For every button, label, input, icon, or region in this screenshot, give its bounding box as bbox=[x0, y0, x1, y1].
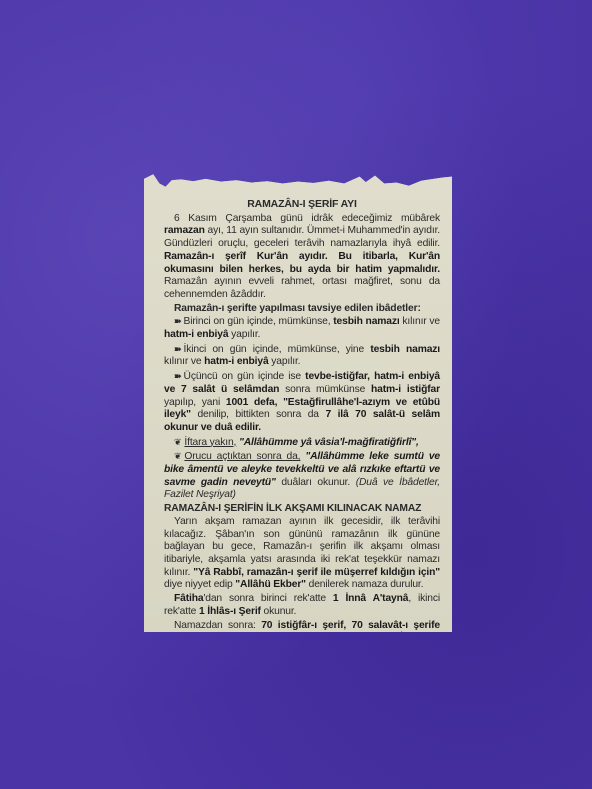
text-span: 6 Kasım Çarşamba günü idrâk edeceğimiz m… bbox=[174, 213, 440, 224]
text-span: kılınır ve bbox=[400, 316, 440, 327]
bold-span: "Yâ Rabbî, ramazân-ı şerif ile müşerref … bbox=[193, 567, 440, 578]
prayer-label: Orucu açtıktan sonra da, bbox=[184, 451, 300, 462]
prayer-after-iftar: ❦Orucu açtıktan sonra da, "Allâhümme lek… bbox=[164, 450, 440, 502]
text-span: Üçüncü on gün içinde ise bbox=[184, 371, 306, 382]
clipping-text: RAMAZÂN-I ŞERİF AYI 6 Kasım Çarşamba gün… bbox=[164, 198, 440, 659]
bullet-item: ➽İkinci on gün içinde, mümkünse, yine te… bbox=[164, 343, 440, 369]
prayer-text: "Allâhümme yâ vâsia'l-mağfiratiğfirlî", bbox=[239, 437, 419, 448]
bold-span: hatm-i istiğfar bbox=[371, 384, 440, 395]
text-span: Ramazân ayının evveli rahmet, ortası mağ… bbox=[164, 276, 440, 300]
bullet-item: ➽Üçüncü on gün içinde ise tevbe-istiğfar… bbox=[164, 370, 440, 435]
text-span: yapılıp, yani bbox=[164, 397, 226, 408]
text-span: edilir. bbox=[333, 632, 361, 643]
text-span: kılınır ve bbox=[164, 356, 204, 367]
text-span: sonra mümkünse bbox=[279, 384, 371, 395]
bold-span: "Allâhü Ekber" bbox=[235, 579, 306, 590]
arrow-bullet-icon: ➽ bbox=[174, 371, 181, 381]
bold-span: hatm-i enbiyâ bbox=[164, 329, 228, 340]
document-title: RAMAZÂN-I ŞERİF AYI bbox=[164, 198, 440, 211]
bold-span: ramazan bbox=[164, 225, 205, 236]
leaf-ornament-icon: ❦ bbox=[174, 437, 181, 447]
section2-paragraph: Fâtiha'dan sonra birinci rek'atte 1 İnnâ… bbox=[164, 593, 440, 618]
arrow-bullet-icon: ➽ bbox=[174, 316, 181, 326]
prayer-iftar: ❦İftara yakın, "Allâhümme yâ vâsia'l-mağ… bbox=[164, 436, 440, 450]
bold-span: 1 İnnâ A'taynâ bbox=[333, 593, 408, 604]
text-span: İkinci on gün içinde, mümkünse, yine bbox=[184, 344, 371, 355]
text-span: Namazdan sonra: bbox=[174, 620, 261, 631]
bold-span: tesbih namazı bbox=[333, 316, 399, 327]
arrow-bullet-icon: ➽ bbox=[174, 344, 181, 354]
text-span: duâları okunur. bbox=[276, 477, 356, 488]
source-citation: (Duâ ve İbâdetler, Fazilet Neşriyat) bbox=[164, 632, 440, 656]
text-span: diye niyyet edip bbox=[164, 579, 235, 590]
bullet-item: ➽Birinci on gün içinde, mümkünse, tesbih… bbox=[164, 315, 440, 341]
text-span: Birinci on gün içinde, mümkünse, bbox=[184, 316, 334, 327]
text-span: yapılır. bbox=[228, 329, 260, 340]
leaf-ornament-icon: ❦ bbox=[174, 451, 181, 461]
bold-span: Fâtiha bbox=[174, 593, 203, 604]
text-span: yapılır. bbox=[269, 356, 301, 367]
bold-span: 70 istiğfâr-ı şerif, 70 salavât-ı şerife bbox=[261, 620, 440, 631]
bold-span: tesbih namazı bbox=[370, 344, 440, 355]
bold-span: Ramazân-ı şerîf Kur'ân ayıdır. Bu itibar… bbox=[164, 251, 440, 275]
text-span: denilip, bittikten sonra da bbox=[191, 409, 326, 420]
bold-span: duâ bbox=[315, 632, 333, 643]
text-span: denilerek namaza durulur. bbox=[306, 579, 423, 590]
text-span: okunur. bbox=[261, 606, 296, 617]
text-span: ayı, 11 ayın sultanıdır. Ümmet-i Muhamme… bbox=[164, 225, 440, 249]
section-heading-ilk-aksam: RAMAZÂN-I ŞERİFİN İLK AKŞAMI KILINACAK N… bbox=[164, 503, 440, 516]
text-span: 'dan sonra birinci rek'atte bbox=[203, 593, 332, 604]
section-heading-ibadetler: Ramazân-ı şerifte yapılması tavsiye edil… bbox=[164, 303, 440, 316]
newspaper-clipping: RAMAZÂN-I ŞERİF AYI 6 Kasım Çarşamba gün… bbox=[144, 172, 452, 632]
intro-paragraph: 6 Kasım Çarşamba günü idrâk edeceğimiz m… bbox=[164, 213, 440, 302]
section2-paragraph: Yarın akşam ramazan ayının ilk gecesidir… bbox=[164, 516, 440, 592]
bold-span: 1 İhlâs-ı Şerif bbox=[199, 606, 261, 617]
section2-paragraph: Namazdan sonra: 70 istiğfâr-ı şerif, 70 … bbox=[164, 620, 440, 658]
bold-span: hatm-i enbiyâ bbox=[204, 356, 268, 367]
text-span: (Salât-ı Münciye efdâldir) okuyup, bbox=[164, 632, 315, 643]
prayer-label: İftara yakın, bbox=[184, 437, 236, 448]
